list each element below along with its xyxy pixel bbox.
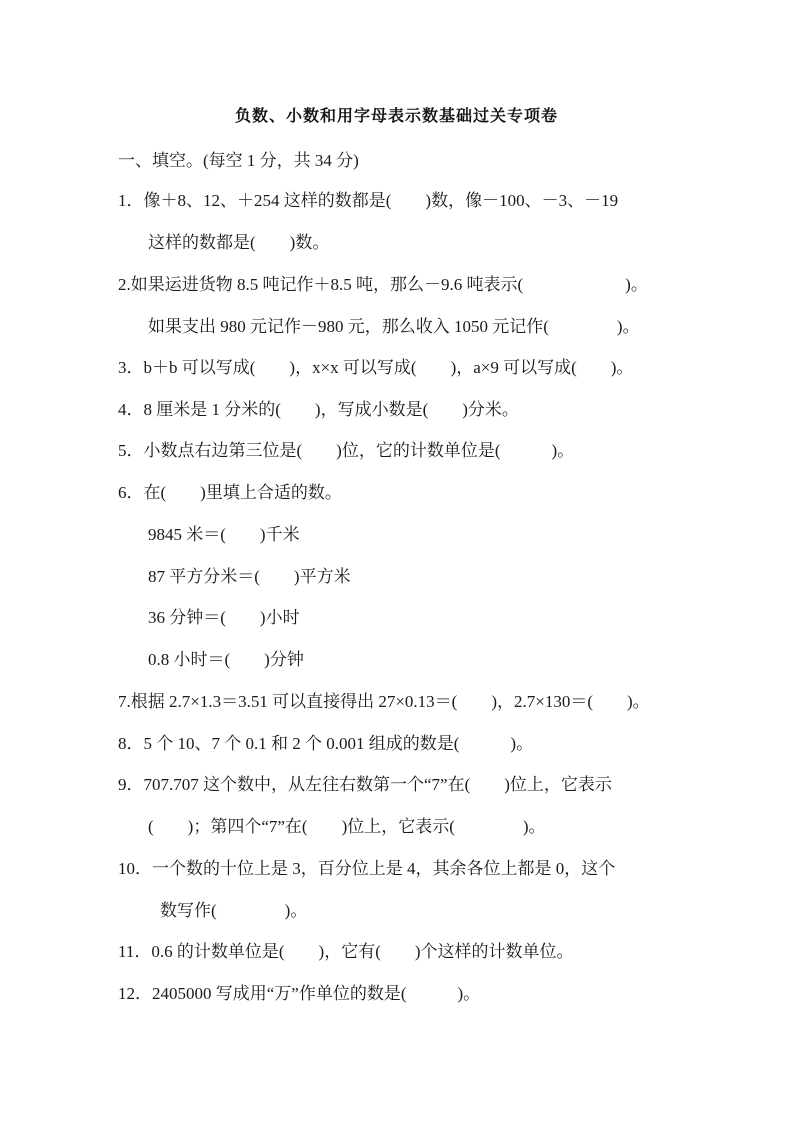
question-text: 如果运进货物 8.5 吨记作＋8.5 吨，那么－9.6 吨表示( )。: [131, 275, 648, 294]
question-6: 6．在( )里填上合适的数。: [118, 482, 342, 504]
worksheet-title: 负数、小数和用字母表示数基础过关专项卷: [0, 103, 793, 126]
question-number: 7.: [118, 692, 131, 711]
question-number: 6．: [118, 483, 144, 502]
question-text: 707.707 这个数中，从左往右数第一个“7”在( )位上，它表示: [144, 775, 612, 794]
question-12: 12．2405000 写成用“万”作单位的数是( )。: [118, 983, 480, 1005]
question-text: 8 厘米是 1 分米的( )，写成小数是( )分米。: [144, 400, 519, 419]
question-9-line-2: ( )；第四个“7”在( )位上，它表示( )。: [148, 816, 546, 838]
question-number: 11．: [118, 942, 151, 961]
question-number: 12．: [118, 984, 152, 1003]
question-text: 5 个 10、7 个 0.1 和 2 个 0.001 组成的数是( )。: [144, 734, 534, 753]
question-text: 0.6 的计数单位是( )，它有( )个这样的计数单位。: [151, 942, 573, 961]
section-heading: 一、填空。(每空 1 分，共 34 分): [118, 150, 359, 172]
question-4: 4．8 厘米是 1 分米的( )，写成小数是( )分米。: [118, 399, 519, 421]
question-number: 2.: [118, 275, 131, 294]
question-2-line-1: 2.如果运进货物 8.5 吨记作＋8.5 吨，那么－9.6 吨表示( )。: [118, 274, 648, 296]
question-6-item-1: 9845 米＝( )千米: [148, 524, 300, 546]
question-7: 7.根据 2.7×1.3＝3.51 可以直接得出 27×0.13＝( )，2.7…: [118, 691, 650, 713]
question-number: 1．: [118, 191, 144, 210]
question-text: 小数点右边第三位是( )位，它的计数单位是( )。: [144, 441, 575, 460]
question-2-line-2: 如果支出 980 元记作－980 元，那么收入 1050 元记作( )。: [148, 316, 640, 338]
question-6-item-2: 87 平方分米＝( )平方米: [148, 566, 351, 588]
question-number: 5．: [118, 441, 144, 460]
question-11: 11．0.6 的计数单位是( )，它有( )个这样的计数单位。: [118, 941, 574, 963]
question-number: 3．: [118, 358, 144, 377]
question-number: 10．: [118, 859, 152, 878]
question-text: 在( )里填上合适的数。: [144, 483, 342, 502]
question-text: 一个数的十位上是 3，百分位上是 4，其余各位上都是 0，这个: [152, 859, 615, 878]
question-number: 9．: [118, 775, 144, 794]
question-text: 2405000 写成用“万”作单位的数是( )。: [152, 984, 480, 1003]
question-1-line-1: 1．像＋8、12、＋254 这样的数都是( )数，像－100、－3、－19: [118, 190, 618, 212]
question-number: 8．: [118, 734, 144, 753]
question-9-line-1: 9．707.707 这个数中，从左往右数第一个“7”在( )位上，它表示: [118, 774, 612, 796]
question-text: 像＋8、12、＋254 这样的数都是( )数，像－100、－3、－19: [144, 191, 619, 210]
question-3: 3．b＋b 可以写成( )，x×x 可以写成( )，a×9 可以写成( )。: [118, 357, 633, 379]
question-6-item-3: 36 分钟＝( )小时: [148, 607, 300, 629]
question-10-line-1: 10．一个数的十位上是 3，百分位上是 4，其余各位上都是 0，这个: [118, 858, 615, 880]
question-number: 4．: [118, 400, 144, 419]
question-text: 根据 2.7×1.3＝3.51 可以直接得出 27×0.13＝( )，2.7×1…: [131, 692, 650, 711]
question-5: 5．小数点右边第三位是( )位，它的计数单位是( )。: [118, 440, 574, 462]
question-text: b＋b 可以写成( )，x×x 可以写成( )，a×9 可以写成( )。: [144, 358, 634, 377]
worksheet-page: 负数、小数和用字母表示数基础过关专项卷 一、填空。(每空 1 分，共 34 分)…: [0, 0, 793, 1122]
question-1-line-2: 这样的数都是( )数。: [148, 232, 329, 254]
question-8: 8．5 个 10、7 个 0.1 和 2 个 0.001 组成的数是( )。: [118, 733, 533, 755]
question-10-line-2: 数写作( )。: [160, 900, 307, 922]
question-6-item-4: 0.8 小时＝( )分钟: [148, 649, 304, 671]
